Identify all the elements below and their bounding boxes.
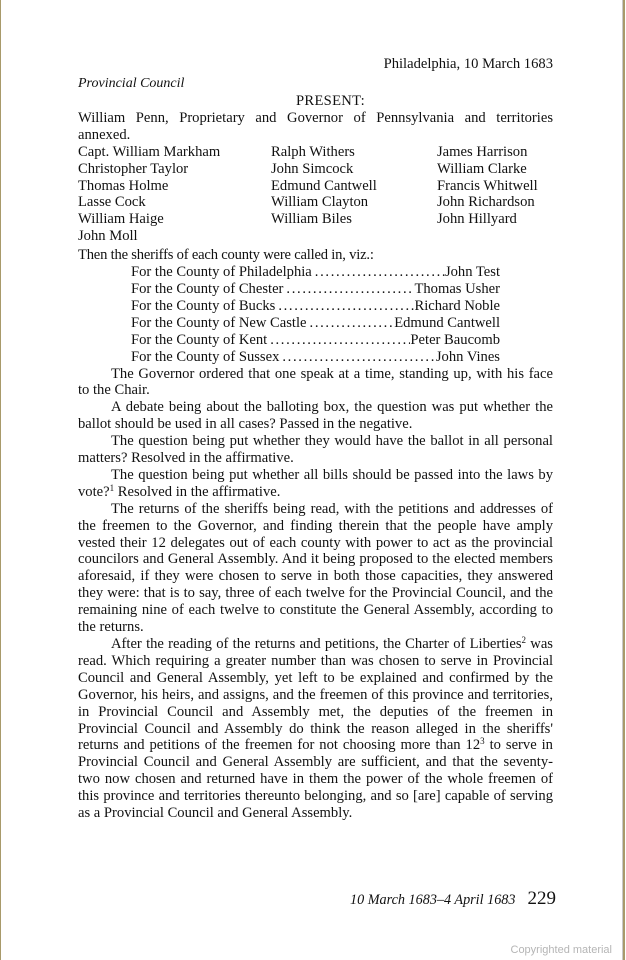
county-name: For the County of Chester [131,281,283,298]
paragraph-sheriff-returns: The returns of the sheriffs being read, … [78,501,553,636]
member-name: Lasse Cock [78,194,271,211]
paragraph-charter-of-liberties: After the reading of the returns and pet… [78,636,553,822]
sheriff-name: Thomas Usher [414,281,500,298]
paragraph-ballot-box: A debate being about the balloting box, … [78,399,553,433]
leader-dots [279,349,435,366]
sheriff-name: Edmund Cantwell [394,315,500,332]
running-footer: 10 March 1683–4 April 1683229 [300,888,556,910]
document-page: Philadelphia, 10 March 1683 Provincial C… [78,56,553,822]
footer-date-range: 10 March 1683–4 April 1683 [350,892,516,908]
leader-dots [275,298,414,315]
county-name: For the County of Sussex [131,349,279,366]
sheriffs-intro: Then the sheriffs of each county were ca… [78,247,553,264]
sheriff-row: For the County of Kent Peter Baucomb [131,332,500,349]
sheriffs-list: For the County of Philadelphia John Test… [78,264,553,365]
sheriff-name: John Vines [436,349,500,366]
member-name: John Hillyard [437,211,553,228]
county-name: For the County of Kent [131,332,267,349]
leader-dots [312,264,445,281]
member-name: James Harrison [437,144,553,161]
paragraph-personal-matters: The question being put whether they woul… [78,433,553,467]
sheriff-name: John Test [445,264,500,281]
page-number: 229 [528,888,557,909]
member-name: William Clarke [437,161,553,178]
sheriff-name: Peter Baucomb [410,332,500,349]
present-heading: PRESENT: [78,93,553,110]
sheriff-row: For the County of Philadelphia John Test [131,264,500,281]
sheriff-row: For the County of Bucks Richard Noble [131,298,500,315]
member-name: William Haige [78,211,271,228]
leader-dots [267,332,410,349]
county-name: For the County of Philadelphia [131,264,312,281]
leader-dots [283,281,414,298]
page-edge-right [623,0,625,960]
county-name: For the County of Bucks [131,298,275,315]
page-edge-left [0,0,1,960]
county-name: For the County of New Castle [131,315,307,332]
governor-line: William Penn, Proprietary and Governor o… [78,110,553,144]
paragraph-bills-vote: The question being put whether all bills… [78,467,553,501]
members-list: Capt. William Markham Ralph Withers Jame… [78,144,553,245]
sheriff-row: For the County of Chester Thomas Usher [131,281,500,298]
member-name: William Clayton [271,194,437,211]
member-name: John Richardson [437,194,553,211]
leader-dots [307,315,395,332]
member-name: Capt. William Markham [78,144,271,161]
member-name: William Biles [271,211,437,228]
member-name: Ralph Withers [271,144,437,161]
paragraph-text: After the reading of the returns and pet… [111,636,522,652]
copyright-watermark: Copyrighted material [511,944,613,956]
sheriff-row: For the County of New Castle Edmund Cant… [131,315,500,332]
sheriff-name: Richard Noble [414,298,500,315]
member-name: John Simcock [271,161,437,178]
member-name: Christopher Taylor [78,161,271,178]
member-name: John Moll [78,228,271,245]
paragraph-speaking-order: The Governor ordered that one speak at a… [78,366,553,400]
member-name: Thomas Holme [78,178,271,195]
sheriff-row: For the County of Sussex John Vines [131,349,500,366]
paragraph-text: Resolved in the affirmative. [114,484,280,500]
section-label: Provincial Council [78,76,553,93]
member-name: Edmund Cantwell [271,178,437,195]
member-name: Francis Whitwell [437,178,553,195]
place-date: Philadelphia, 10 March 1683 [78,56,553,73]
